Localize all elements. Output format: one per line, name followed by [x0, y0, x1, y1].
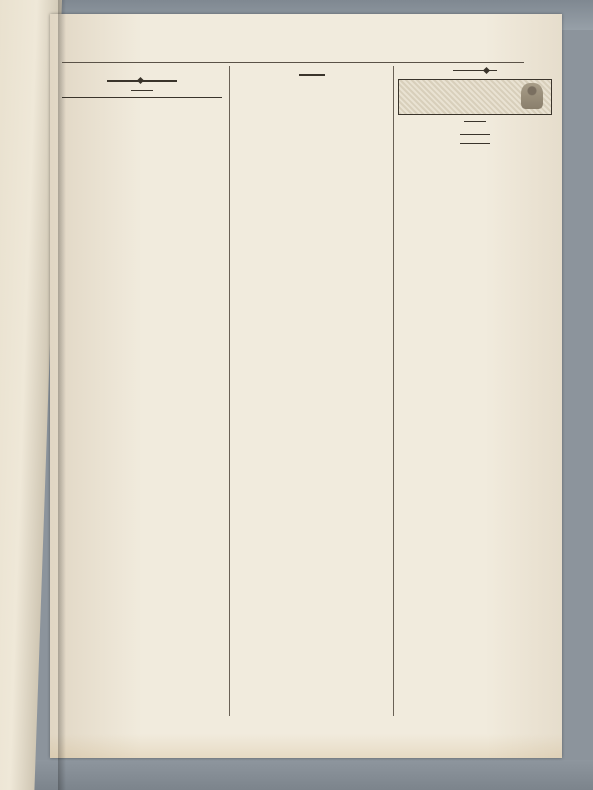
column-2	[236, 66, 388, 716]
short-rule	[460, 143, 490, 144]
column-rule-1	[229, 66, 230, 716]
column-rule-2	[393, 66, 394, 716]
short-rule	[460, 134, 490, 135]
footnote-rule	[62, 97, 222, 98]
column-1	[62, 66, 222, 706]
short-rule	[131, 90, 153, 91]
page-header	[58, 47, 558, 59]
ornament-divider	[107, 80, 177, 82]
short-rule	[299, 74, 325, 76]
ornament-divider	[453, 70, 497, 71]
recreation-banner	[398, 79, 552, 115]
background-bottom	[0, 760, 593, 790]
header-rule	[62, 62, 524, 63]
banner-illustration-icon	[521, 83, 543, 109]
short-rule	[464, 121, 486, 122]
column-3	[398, 66, 552, 716]
